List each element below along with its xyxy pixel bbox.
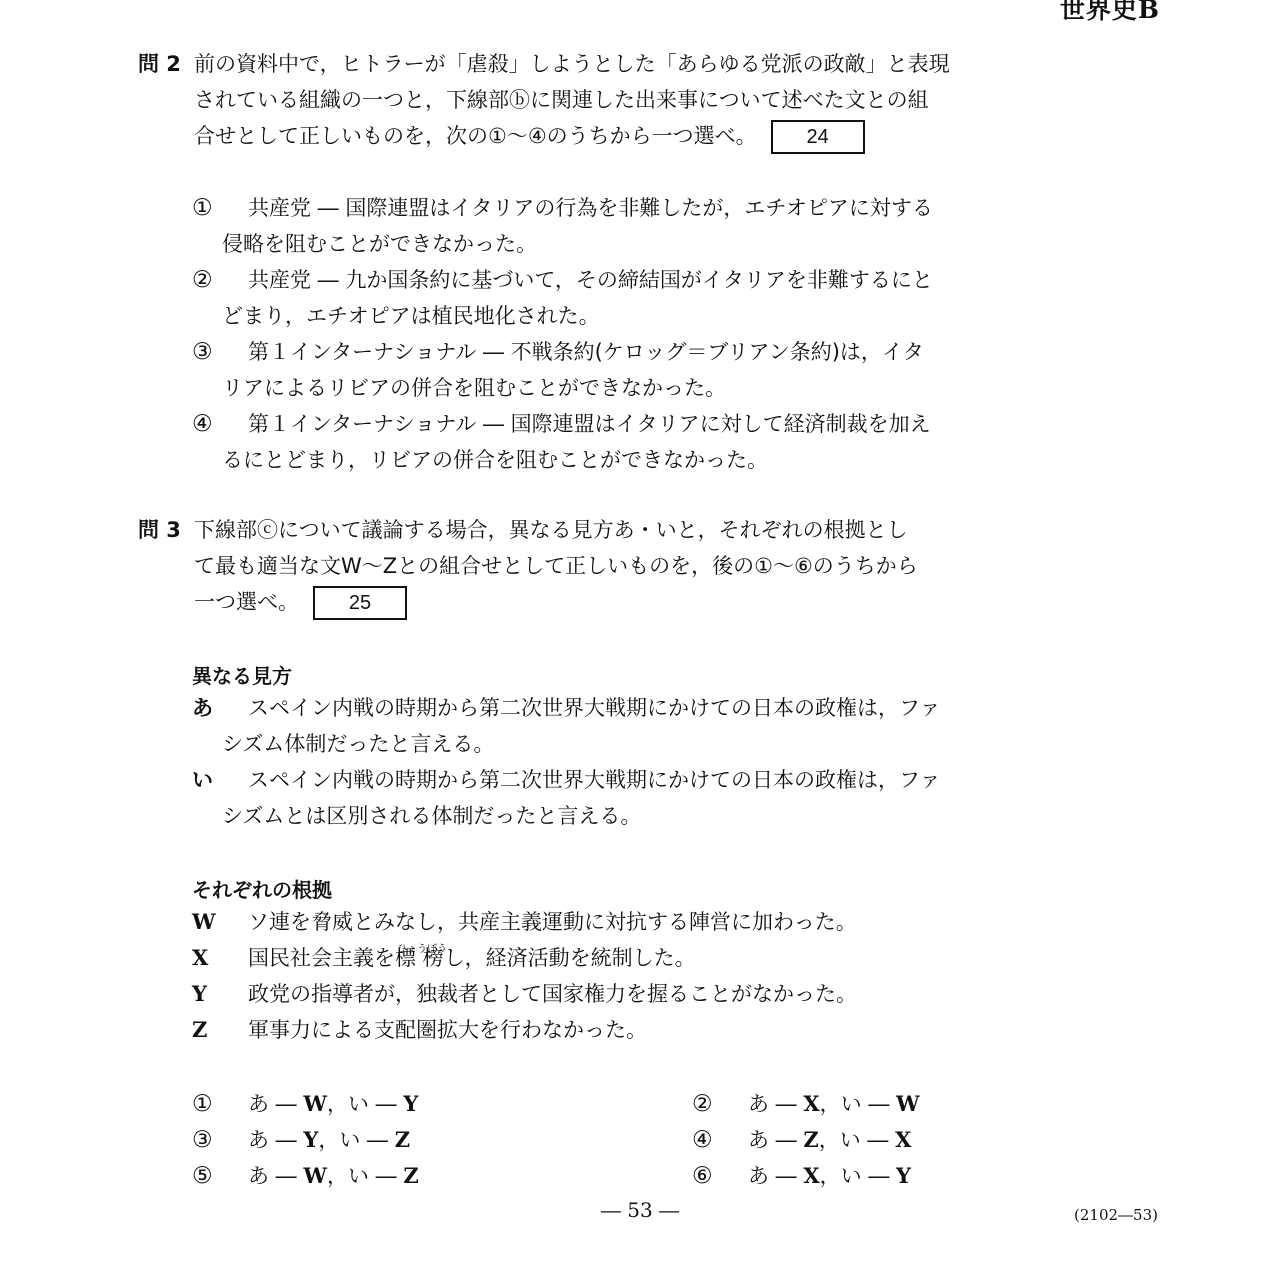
combo-sep: ， — [820, 1164, 841, 1188]
combo-a-value: Z — [803, 1127, 818, 1152]
answer-box: 25 — [313, 586, 407, 620]
furigana: ひょうぼう — [397, 932, 447, 968]
combo-a-value: X — [803, 1091, 819, 1116]
combo-a-value: W — [303, 1163, 327, 1188]
combo-2: ②あ ― X，い ― W — [692, 1086, 920, 1122]
choice-text: 侵略を阻むことができなかった。 — [192, 226, 1172, 262]
combo-a-value: X — [803, 1163, 819, 1188]
circled-number: ⑥ — [692, 1158, 748, 1194]
combo-6: ⑥あ ― X，い ― Y — [692, 1158, 911, 1194]
view-text: スペイン内戦の時期から第二次世界大戦期にかけての日本の政権は，ファ — [248, 696, 941, 720]
combo-i: い ― — [348, 1092, 403, 1116]
ground-w: Wソ連を脅威とみなし，共産主義運動に対抗する陣営に加わった。 — [192, 904, 1172, 940]
choice-text: るにとどまり，リビアの併合を阻むことができなかった。 — [192, 442, 1172, 478]
answer-box: 24 — [771, 120, 865, 154]
combo-i-value: Y — [896, 1163, 911, 1188]
combo-sep: ， — [318, 1128, 339, 1152]
question-number: 問 2 — [138, 46, 194, 82]
combo-1: ①あ ― W，い ― Y — [192, 1086, 418, 1122]
combo-a: あ ― — [248, 1128, 303, 1152]
views-title: 異なる見方 — [192, 660, 292, 689]
choice-text: 第１インターナショナル ― 不戦条約(ケロッグ＝ブリアン条約)は，イタ — [248, 340, 924, 364]
combo-a: あ ― — [248, 1164, 303, 1188]
ruby-word: ひょうぼう標 榜 — [395, 946, 444, 970]
choice-2: ②共産党 ― 九か国条約に基づいて，その締結国がイタリアを非難するにと どまり，… — [192, 262, 1172, 334]
page-code: (2102―53) — [1074, 1206, 1158, 1224]
ground-y: Y政党の指導者が，独裁者として国家権力を握ることがなかった。 — [192, 976, 1172, 1012]
question-3-stem: 問 3下線部ⓒについて議論する場合，異なる見方あ・いと，それぞれの根拠とし て最… — [138, 512, 1168, 620]
circled-number: ① — [192, 1086, 248, 1122]
ground-text: 軍事力による支配圏拡大を行わなかった。 — [248, 1018, 647, 1042]
choice-3: ③第１インターナショナル ― 不戦条約(ケロッグ＝ブリアン条約)は，イタ リアに… — [192, 334, 1172, 406]
combo-i-value: Y — [403, 1091, 418, 1116]
grounds-title: それぞれの根拠 — [192, 874, 332, 903]
question-text-line: 下線部ⓒについて議論する場合，異なる見方あ・いと，それぞれの根拠とし — [194, 518, 908, 542]
ground-x: X国民社会主義をひょうぼう標 榜し，経済活動を統制した。 — [192, 940, 1172, 976]
combo-sep: ， — [820, 1092, 841, 1116]
combo-i-value: X — [895, 1127, 911, 1152]
question-2-choices: ①共産党 ― 国際連盟はイタリアの行為を非難したが，エチオピアに対する 侵略を阻… — [192, 190, 1172, 478]
question-text-line: 合せとして正しいものを，次の①～④のうちから一つ選べ。 — [194, 124, 757, 148]
ground-label: Z — [192, 1012, 248, 1048]
question-text-line: 一つ選べ。 — [194, 590, 299, 614]
view-i: いスペイン内戦の時期から第二次世界大戦期にかけての日本の政権は，ファ シズムとは… — [192, 762, 1172, 834]
views-list: あスペイン内戦の時期から第二次世界大戦期にかけての日本の政権は，ファ シズム体制… — [192, 690, 1172, 834]
combo-a-value: W — [303, 1091, 327, 1116]
combo-i: い ― — [840, 1128, 895, 1152]
combo-sep: ， — [819, 1128, 840, 1152]
combo-a-value: Y — [303, 1127, 318, 1152]
circled-number: ① — [192, 190, 248, 226]
question-number: 問 3 — [138, 512, 194, 548]
choice-text: 共産党 ― 国際連盟はイタリアの行為を非難したが，エチオピアに対する — [248, 196, 933, 220]
combo-i-value: W — [896, 1091, 920, 1116]
choice-text: どまり，エチオピアは植民地化された。 — [192, 298, 1172, 334]
view-text: スペイン内戦の時期から第二次世界大戦期にかけての日本の政権は，ファ — [248, 768, 941, 792]
ground-label: W — [192, 904, 248, 940]
ground-z: Z軍事力による支配圏拡大を行わなかった。 — [192, 1012, 1172, 1048]
view-label: あ — [192, 690, 248, 726]
ground-label: Y — [192, 976, 248, 1012]
circled-number: ④ — [192, 406, 248, 442]
view-text: シズムとは区別される体制だったと言える。 — [192, 798, 1172, 834]
ground-text: し，経済活動を統制した。 — [444, 946, 696, 970]
circled-number: ② — [192, 262, 248, 298]
combo-i: い ― — [348, 1164, 403, 1188]
ground-text: 政党の指導者が，独裁者として国家権力を握ることがなかった。 — [248, 982, 857, 1006]
circled-number: ③ — [192, 334, 248, 370]
choice-text: 共産党 ― 九か国条約に基づいて，その締結国がイタリアを非難するにと — [248, 268, 933, 292]
combo-a: あ ― — [248, 1092, 303, 1116]
question-2-stem: 問 2前の資料中で，ヒトラーが「虐殺」しようとした「あらゆる党派の政敵」と表現 … — [138, 46, 1168, 154]
combo-a: あ ― — [748, 1164, 803, 1188]
ground-label: X — [192, 940, 248, 976]
question-text-line: て最も適当な文W～Zとの組合せとして正しいものを，後の①～⑥のうちから — [138, 548, 1168, 584]
combo-i: い ― — [841, 1092, 896, 1116]
grounds-list: Wソ連を脅威とみなし，共産主義運動に対抗する陣営に加わった。 X国民社会主義をひ… — [192, 904, 1172, 1048]
combo-i: い ― — [339, 1128, 394, 1152]
combo-5: ⑤あ ― W，い ― Z — [192, 1158, 419, 1194]
ground-text: ソ連を脅威とみなし，共産主義運動に対抗する陣営に加わった。 — [248, 910, 857, 934]
choice-text: リアによるリビアの併合を阻むことができなかった。 — [192, 370, 1172, 406]
circled-number: ② — [692, 1086, 748, 1122]
choice-4: ④第１インターナショナル ― 国際連盟はイタリアに対して経済制裁を加え るにとど… — [192, 406, 1172, 478]
combo-i-value: Z — [403, 1163, 418, 1188]
combo-a: あ ― — [748, 1092, 803, 1116]
combo-sep: ， — [327, 1092, 348, 1116]
combo-i: い ― — [841, 1164, 896, 1188]
subject-header: 世界史B — [1060, 0, 1160, 26]
view-label: い — [192, 762, 248, 798]
circled-number: ⑤ — [192, 1158, 248, 1194]
view-text: シズム体制だったと言える。 — [192, 726, 1172, 762]
combination-choices: ①あ ― W，い ― Y ②あ ― X，い ― W ③あ ― Y，い ― Z ④… — [192, 1086, 992, 1194]
combo-4: ④あ ― Z，い ― X — [692, 1122, 911, 1158]
combo-sep: ， — [327, 1164, 348, 1188]
choice-1: ①共産党 ― 国際連盟はイタリアの行為を非難したが，エチオピアに対する 侵略を阻… — [192, 190, 1172, 262]
question-text-line: されている組織の一つと，下線部ⓑに関連した出来事について述べた文との組 — [138, 82, 1168, 118]
question-text-line: 前の資料中で，ヒトラーが「虐殺」しようとした「あらゆる党派の政敵」と表現 — [194, 52, 950, 76]
circled-number: ③ — [192, 1122, 248, 1158]
combo-3: ③あ ― Y，い ― Z — [192, 1122, 410, 1158]
choice-text: 第１インターナショナル ― 国際連盟はイタリアに対して経済制裁を加え — [248, 412, 931, 436]
combo-i-value: Z — [395, 1127, 410, 1152]
view-a: あスペイン内戦の時期から第二次世界大戦期にかけての日本の政権は，ファ シズム体制… — [192, 690, 1172, 762]
circled-number: ④ — [692, 1122, 748, 1158]
ground-text: 国民社会主義を — [248, 946, 395, 970]
combo-a: あ ― — [748, 1128, 803, 1152]
